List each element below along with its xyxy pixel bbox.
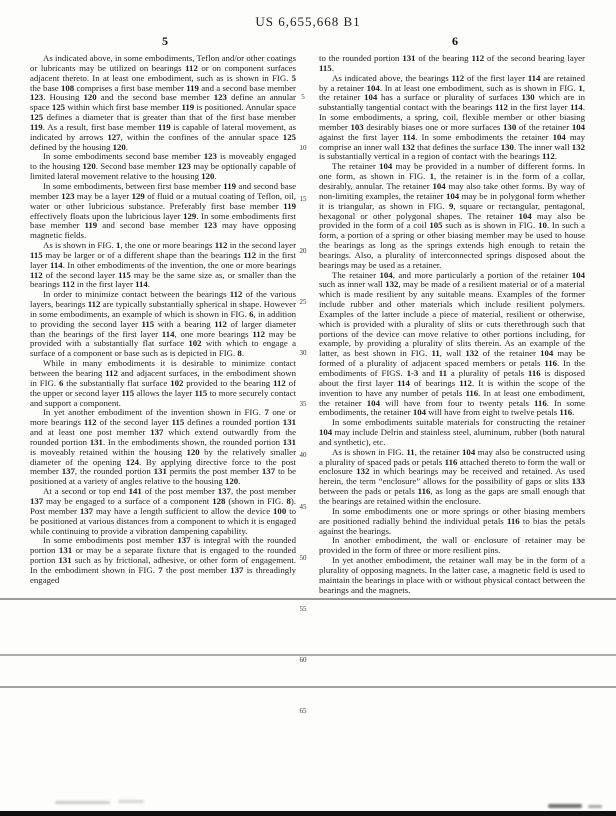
patent-paragraph: In order to minimize contact between the… [30, 290, 296, 359]
patent-paragraph: In yet another embodiment of the inventi… [30, 408, 296, 487]
line-number: 55 [292, 605, 314, 613]
patent-paragraph: In some embodiments, between first base … [30, 182, 296, 241]
line-number: 60 [292, 656, 314, 664]
patent-paragraph: As is shown in FIG. 1, the one or more b… [30, 241, 296, 290]
scan-smudge [55, 801, 110, 804]
patent-paragraph: In some embodiments suitable materials f… [319, 418, 585, 448]
scan-smudge [118, 800, 144, 803]
column-number-right: 6 [440, 34, 470, 49]
patent-paragraph: The retainer 104 may be provided in a nu… [319, 162, 585, 270]
scan-smudge [588, 805, 602, 808]
line-number: 65 [292, 707, 314, 715]
patent-paragraph: In some embodiments one or more springs … [319, 507, 585, 537]
patent-paragraph: In yet another embodiment, the retainer … [319, 556, 585, 595]
scan-edge-bar [0, 811, 616, 816]
patent-paragraph: The retainer 104, and more particularly … [319, 271, 585, 419]
patent-paragraph: In some embodiments post member 137 is i… [30, 536, 296, 585]
patent-paragraph: In another embodiment, the wall or enclo… [319, 536, 585, 556]
patent-column-left: As indicated above, in some embodiments,… [30, 54, 296, 586]
patent-paragraph: While in many embodiments it is desirabl… [30, 359, 296, 408]
patent-paragraph: As indicated above, the bearings 112 of … [319, 74, 585, 163]
patent-paragraph: In some embodiments second base member 1… [30, 152, 296, 182]
patent-paragraph: At a second or top end 141 of the post m… [30, 487, 296, 536]
patent-paragraph: As is shown in FIG. 11, the retainer 104… [319, 448, 585, 507]
patent-column-right: to the rounded portion 131 of the bearin… [319, 54, 585, 595]
patent-paragraph: As indicated above, in some embodiments,… [30, 54, 296, 152]
patent-page: US 6,655,668 B1 5 6 51015202530354045505… [0, 0, 616, 816]
column-number-left: 5 [150, 34, 180, 49]
patent-paragraph: to the rounded portion 131 of the bearin… [319, 54, 585, 74]
scan-smudge [548, 804, 582, 808]
